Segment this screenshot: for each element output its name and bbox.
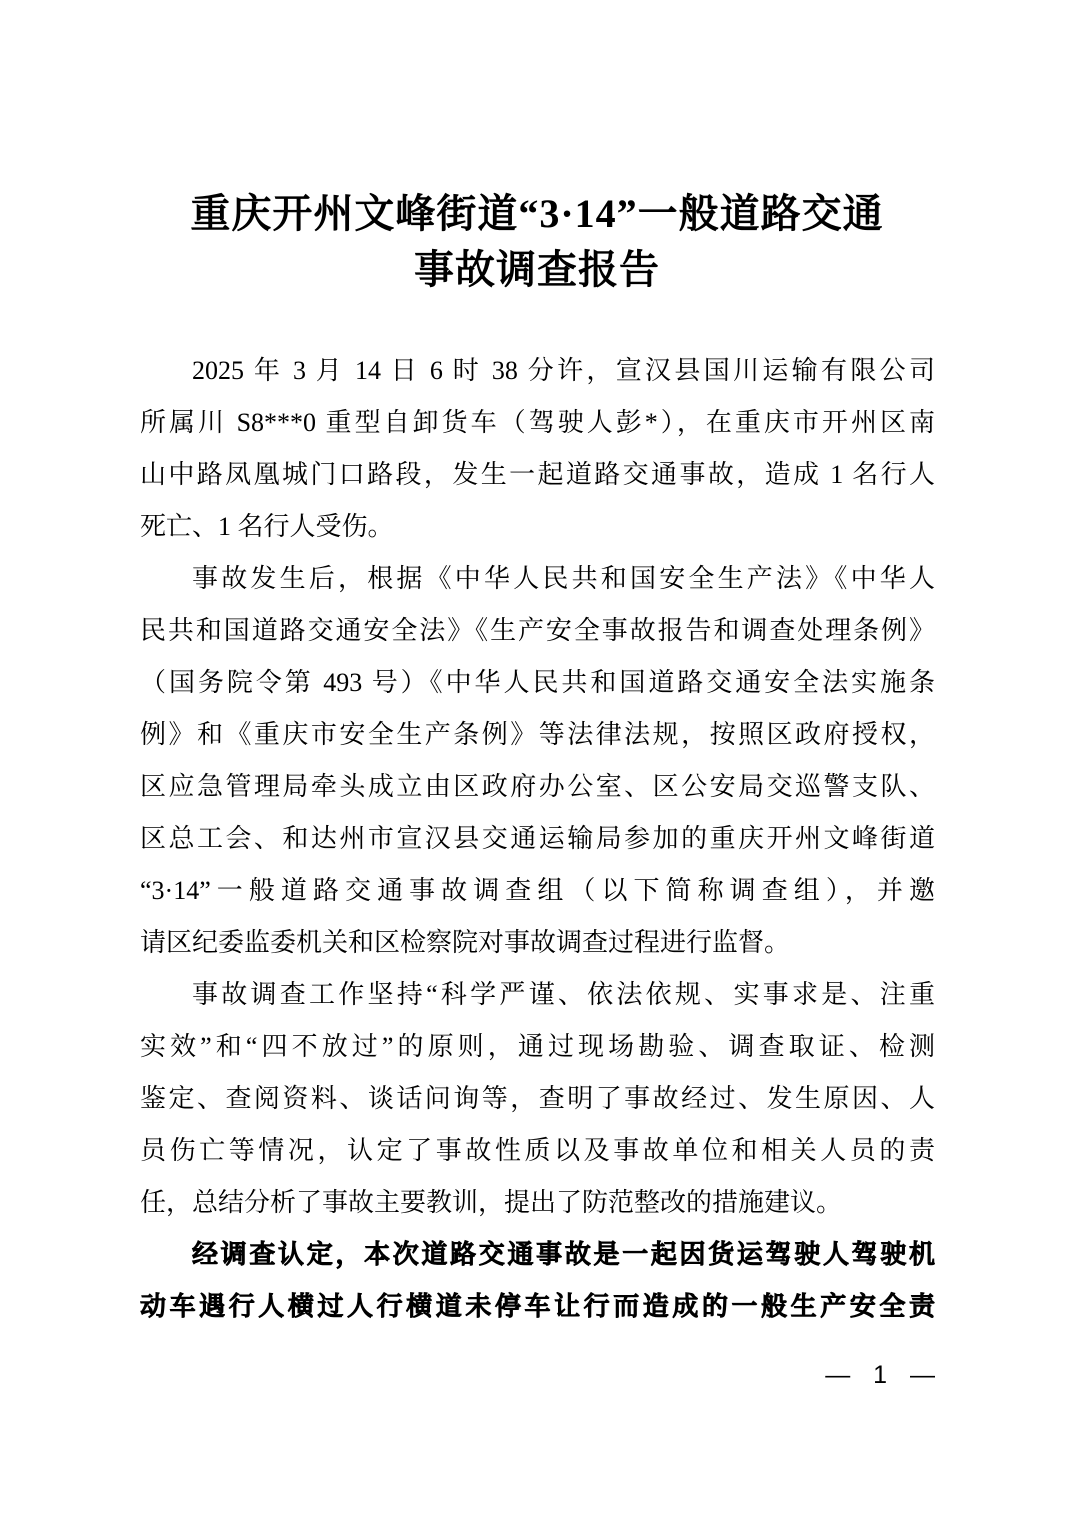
body-line: “3·14”一般道路交通事故调查组（以下简称调查组），并邀 <box>140 865 935 917</box>
body-line: 请区纪委监委机关和区检察院对事故调查过程进行监督。 <box>140 917 935 969</box>
paragraph: 事故发生后，根据《中华人民共和国安全生产法》《中华人民共和国道路交通安全法》《生… <box>140 553 935 969</box>
body-line: 民共和国道路交通安全法》《生产安全事故报告和调查处理条例》 <box>140 605 935 657</box>
page-title: 重庆开州文峰街道“3·14”一般道路交通 事故调查报告 <box>87 186 987 298</box>
body-line: 2025 年 3 月 14 日 6 时 38 分许，宣汉县国川运输有限公司 <box>140 345 935 397</box>
body-line: 事故发生后，根据《中华人民共和国安全生产法》《中华人 <box>140 553 935 605</box>
paragraph-bold: 经调查认定，本次道路交通事故是一起因货运驾驶人驾驶机动车遇行人横过人行横道未停车… <box>140 1229 935 1333</box>
page-title-line-2: 事故调查报告 <box>87 242 987 298</box>
body-line: 动车遇行人横过人行横道未停车让行而造成的一般生产安全责 <box>140 1281 935 1333</box>
body-line: 山中路凤凰城门口路段，发生一起道路交通事故，造成 1 名行人 <box>140 449 935 501</box>
body-line: 区应急管理局牵头成立由区政府办公室、区公安局交巡警支队、 <box>140 761 935 813</box>
body-line: 鉴定、查阅资料、谈话问询等，查明了事故经过、发生原因、人 <box>140 1073 935 1125</box>
body-line: 员伤亡等情况，认定了事故性质以及事故单位和相关人员的责 <box>140 1125 935 1177</box>
body-line: 实效”和“四不放过”的原则，通过现场勘验、调查取证、检测 <box>140 1021 935 1073</box>
document-page-surface: 重庆开州文峰街道“3·14”一般道路交通 事故调查报告 2025 年 3 月 1… <box>0 0 1074 1520</box>
document-body: 2025 年 3 月 14 日 6 时 38 分许，宣汉县国川运输有限公司所属川… <box>140 345 935 1333</box>
body-line: 例》和《重庆市安全生产条例》等法律法规，按照区政府授权， <box>140 709 935 761</box>
body-line: （国务院令第 493 号）《中华人民共和国道路交通安全法实施条 <box>140 657 935 709</box>
body-line: 事故调查工作坚持“科学严谨、依法依规、实事求是、注重 <box>140 969 935 1021</box>
body-line: 经调查认定，本次道路交通事故是一起因货运驾驶人驾驶机 <box>140 1229 935 1281</box>
body-line: 任，总结分析了事故主要教训，提出了防范整改的措施建议。 <box>140 1177 935 1229</box>
body-line: 死亡、1 名行人受伤。 <box>140 501 935 553</box>
body-line: 区总工会、和达州市宣汉县交通运输局参加的重庆开州文峰街道 <box>140 813 935 865</box>
paragraph: 事故调查工作坚持“科学严谨、依法依规、实事求是、注重实效”和“四不放过”的原则，… <box>140 969 935 1229</box>
page-number: — 1 — <box>825 1358 936 1392</box>
body-line: 所属川 S8***0 重型自卸货车（驾驶人彭*），在重庆市开州区南 <box>140 397 935 449</box>
page-title-line-1: 重庆开州文峰街道“3·14”一般道路交通 <box>87 186 987 242</box>
document-page: { "document": { "title_lines": [ "重庆开州文峰… <box>0 0 1074 1520</box>
paragraph: 2025 年 3 月 14 日 6 时 38 分许，宣汉县国川运输有限公司所属川… <box>140 345 935 553</box>
